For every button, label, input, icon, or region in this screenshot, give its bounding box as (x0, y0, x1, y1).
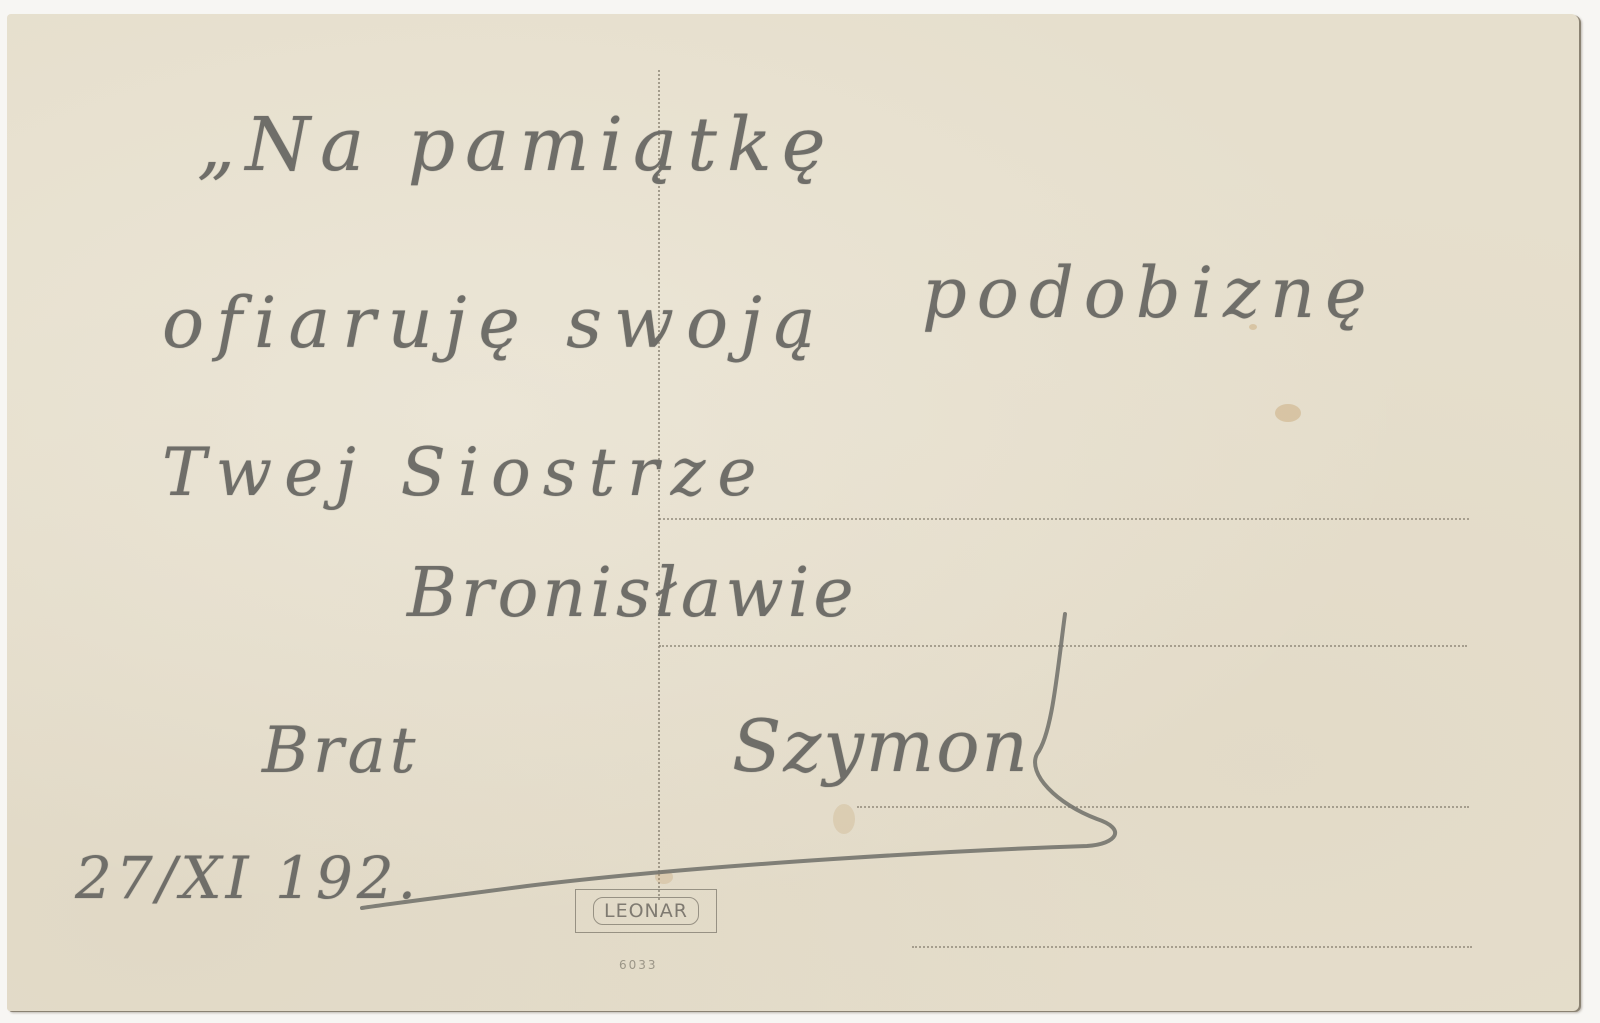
postcard-back: „Na pamiątkę ofiaruję swoją podobiznę Tw… (7, 14, 1579, 1011)
foxing-stain (1275, 404, 1301, 422)
signature-flourish (7, 14, 1579, 1011)
center-divider-line (658, 70, 660, 900)
foxing-stain (1249, 324, 1257, 330)
handwritten-date: 27/XI 192. (75, 844, 420, 912)
serial-number: 6033 (619, 958, 658, 972)
publisher-stamp: LEONAR (575, 889, 717, 933)
message-line-1: „Na pamiątkę (197, 102, 836, 188)
foxing-stain (655, 870, 673, 884)
message-line-2-left: ofiaruję swoją (162, 282, 828, 364)
address-line-3 (857, 806, 1469, 808)
signature: Szymon (732, 704, 1030, 788)
address-line-1 (659, 518, 1469, 520)
handwritten-message: „Na pamiątkę ofiaruję swoją podobiznę Tw… (7, 14, 1579, 1011)
signoff-label: Brat (262, 714, 420, 788)
message-line-3: Twej Siostrze (162, 434, 769, 511)
address-line-2 (659, 645, 1467, 647)
foxing-stain (833, 804, 855, 834)
address-line-4 (912, 946, 1472, 948)
publisher-name: LEONAR (593, 897, 699, 925)
recipient-name: Bronisławie (407, 554, 858, 633)
message-line-2-right: podobiznę (922, 252, 1377, 334)
